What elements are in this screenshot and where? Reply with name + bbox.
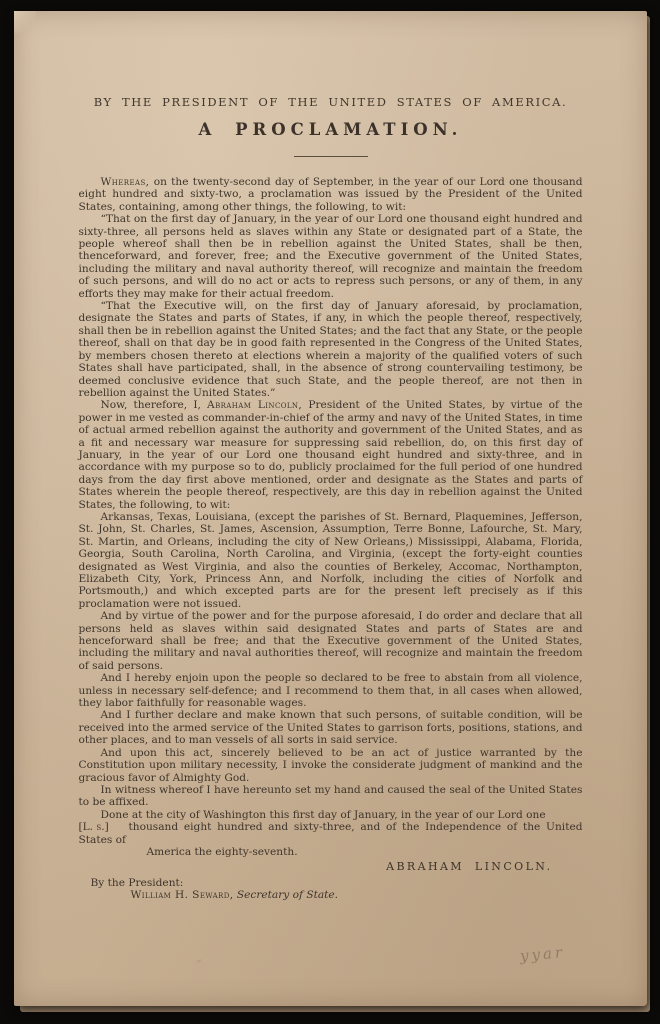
- paragraph-quote2-text: “That the Executive will, on the first d…: [79, 300, 583, 399]
- title-divider-rule: [294, 156, 368, 157]
- photo-background: BY THE PRESIDENT OF THE UNITED STATES OF…: [0, 0, 660, 1024]
- paragraph-now-pre: Now, therefore, I,: [101, 399, 208, 411]
- paragraph-quote-first-january: “That on the first day of January, in th…: [79, 213, 583, 300]
- by-the-president-line: By the President:: [91, 877, 583, 889]
- document-title: A PROCLAMATION.: [14, 120, 647, 139]
- paragraph-in-witness: In witness whereof I have hereunto set m…: [79, 784, 583, 809]
- document-header-line: BY THE PRESIDENT OF THE UNITED STATES OF…: [14, 95, 647, 109]
- pencil-smudge: „: [195, 953, 202, 965]
- done-line-3: America the eighty-seventh.: [147, 846, 583, 858]
- paragraph-states-list: Arkansas, Texas, Louisiana, (except the …: [79, 511, 583, 610]
- paragraph-justice-text: And upon this act, sincerely believed to…: [79, 747, 583, 784]
- proclamation-document: BY THE PRESIDENT OF THE UNITED STATES OF…: [14, 11, 647, 1006]
- seward-attestation-line: William H. Seward, Secretary of State.: [131, 889, 583, 901]
- small-caps-whereas: Whereas,: [101, 176, 150, 188]
- paragraph-enjoin: And I hereby enjoin upon the people so d…: [79, 672, 583, 709]
- paragraph-quote1-text: “That on the first day of January, in th…: [79, 213, 583, 299]
- document-body: Whereas, on the twenty-second day of Sep…: [79, 176, 583, 902]
- paragraph-now-therefore: Now, therefore, I, Abraham Lincoln, Pres…: [79, 399, 583, 511]
- seal-placeholder-mark: [L. s.]: [79, 821, 129, 833]
- lincoln-signature: ABRAHAM LINCOLN.: [79, 861, 583, 873]
- paragraph-whereas: Whereas, on the twenty-second day of Sep…: [79, 176, 583, 213]
- paragraph-witness-text: In witness whereof I have hereunto set m…: [79, 784, 583, 808]
- paragraph-act-of-justice: And upon this act, sincerely believed to…: [79, 747, 583, 784]
- pencil-inscription: yyar: [519, 943, 565, 965]
- paragraph-enjoin-text: And I hereby enjoin upon the people so d…: [79, 672, 583, 709]
- paragraph-quote-executive: “That the Executive will, on the first d…: [79, 300, 583, 399]
- paragraph-further-declare: And I further declare and make known tha…: [79, 709, 583, 746]
- done-line-1: Done at the city of Washington this firs…: [79, 809, 583, 821]
- done-line-2: [L. s.]thousand eight hundred and sixty-…: [79, 821, 583, 846]
- paragraph-declare-text: And I further declare and make known tha…: [79, 709, 583, 746]
- secretary-of-state-title: Secretary of State.: [234, 889, 339, 901]
- paragraph-by-virtue: And by virtue of the power and for the p…: [79, 610, 583, 672]
- paragraph-virtue-text: And by virtue of the power and for the p…: [79, 610, 583, 672]
- done-block: Done at the city of Washington this firs…: [79, 809, 583, 859]
- small-caps-abraham-lincoln: Abraham Lincoln,: [207, 399, 302, 411]
- done-line-2-text: thousand eight hundred and sixty-three, …: [79, 821, 583, 845]
- paragraph-now-rest: President of the United States, by virtu…: [79, 399, 583, 510]
- paragraph-states-text: Arkansas, Texas, Louisiana, (except the …: [79, 511, 583, 610]
- small-caps-seward-name: William H. Seward,: [131, 889, 234, 901]
- paragraph-whereas-text: on the twenty-second day of September, i…: [79, 176, 583, 213]
